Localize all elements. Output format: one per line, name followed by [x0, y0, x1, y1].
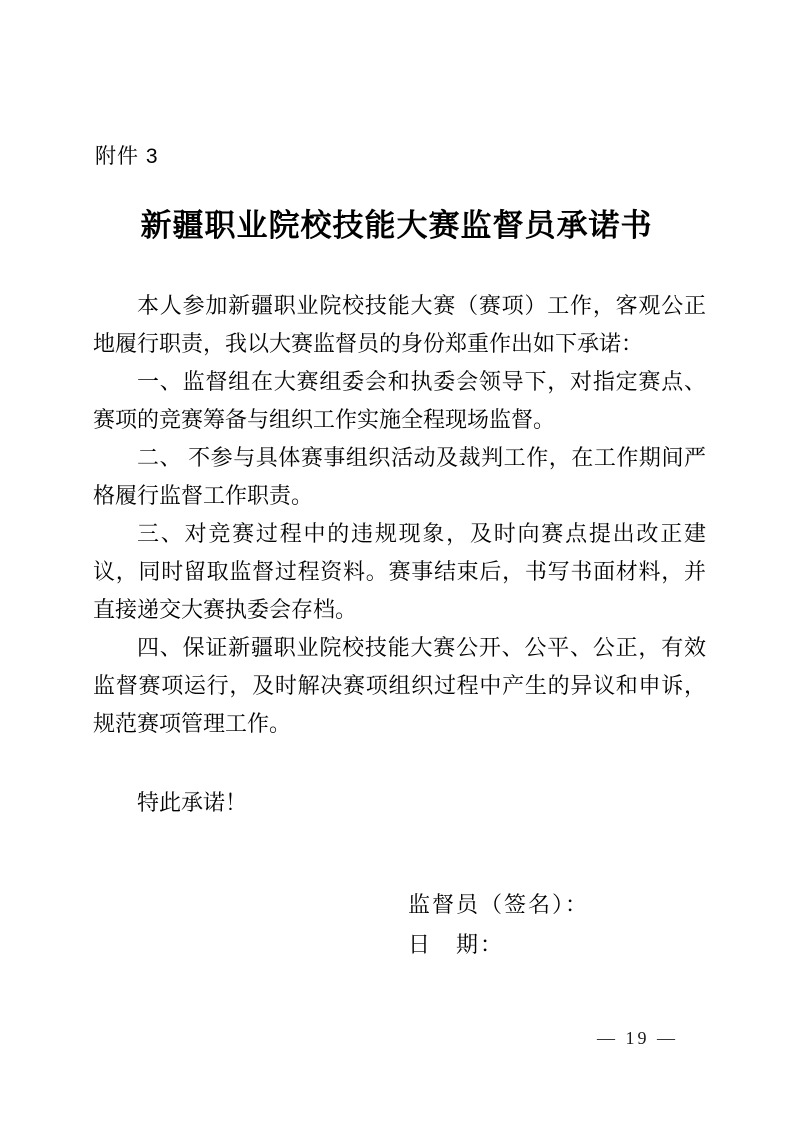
item-3-paragraph: 三、对竞赛过程中的违规现象，及时向赛点提出改正建议，同时留取监督过程资料。赛事结…: [93, 515, 706, 629]
closing-statement: 特此承诺！: [93, 784, 706, 822]
item-1-paragraph: 一、监督组在大赛组委会和执委会领导下，对指定赛点、赛项的竞赛筹备与组织工作实施全…: [93, 363, 706, 439]
item-2-paragraph: 二、 不参与具体赛事组织活动及裁判工作，在工作期间严格履行监督工作职责。: [93, 439, 706, 515]
item-4-paragraph: 四、保证新疆职业院校技能大赛公开、公平、公正，有效监督赛项运行，及时解决赛项组织…: [93, 629, 706, 743]
intro-paragraph: 本人参加新疆职业院校技能大赛（赛项）工作，客观公正地履行职责，我以大赛监督员的身…: [93, 287, 706, 363]
document-body: 本人参加新疆职业院校技能大赛（赛项）工作，客观公正地履行职责，我以大赛监督员的身…: [93, 287, 706, 822]
signature-block: 监督员（签名）： 日 期：: [408, 885, 589, 965]
date-label: 日 期：: [408, 925, 589, 965]
signer-label: 监督员（签名）：: [408, 885, 589, 925]
attachment-label: 附件 3: [95, 143, 159, 171]
page-number: — 19 —: [0, 1028, 678, 1049]
document-title: 新疆职业院校技能大赛监督员承诺书: [0, 203, 793, 249]
document-page: 附件 3 新疆职业院校技能大赛监督员承诺书 本人参加新疆职业院校技能大赛（赛项）…: [0, 0, 793, 1122]
